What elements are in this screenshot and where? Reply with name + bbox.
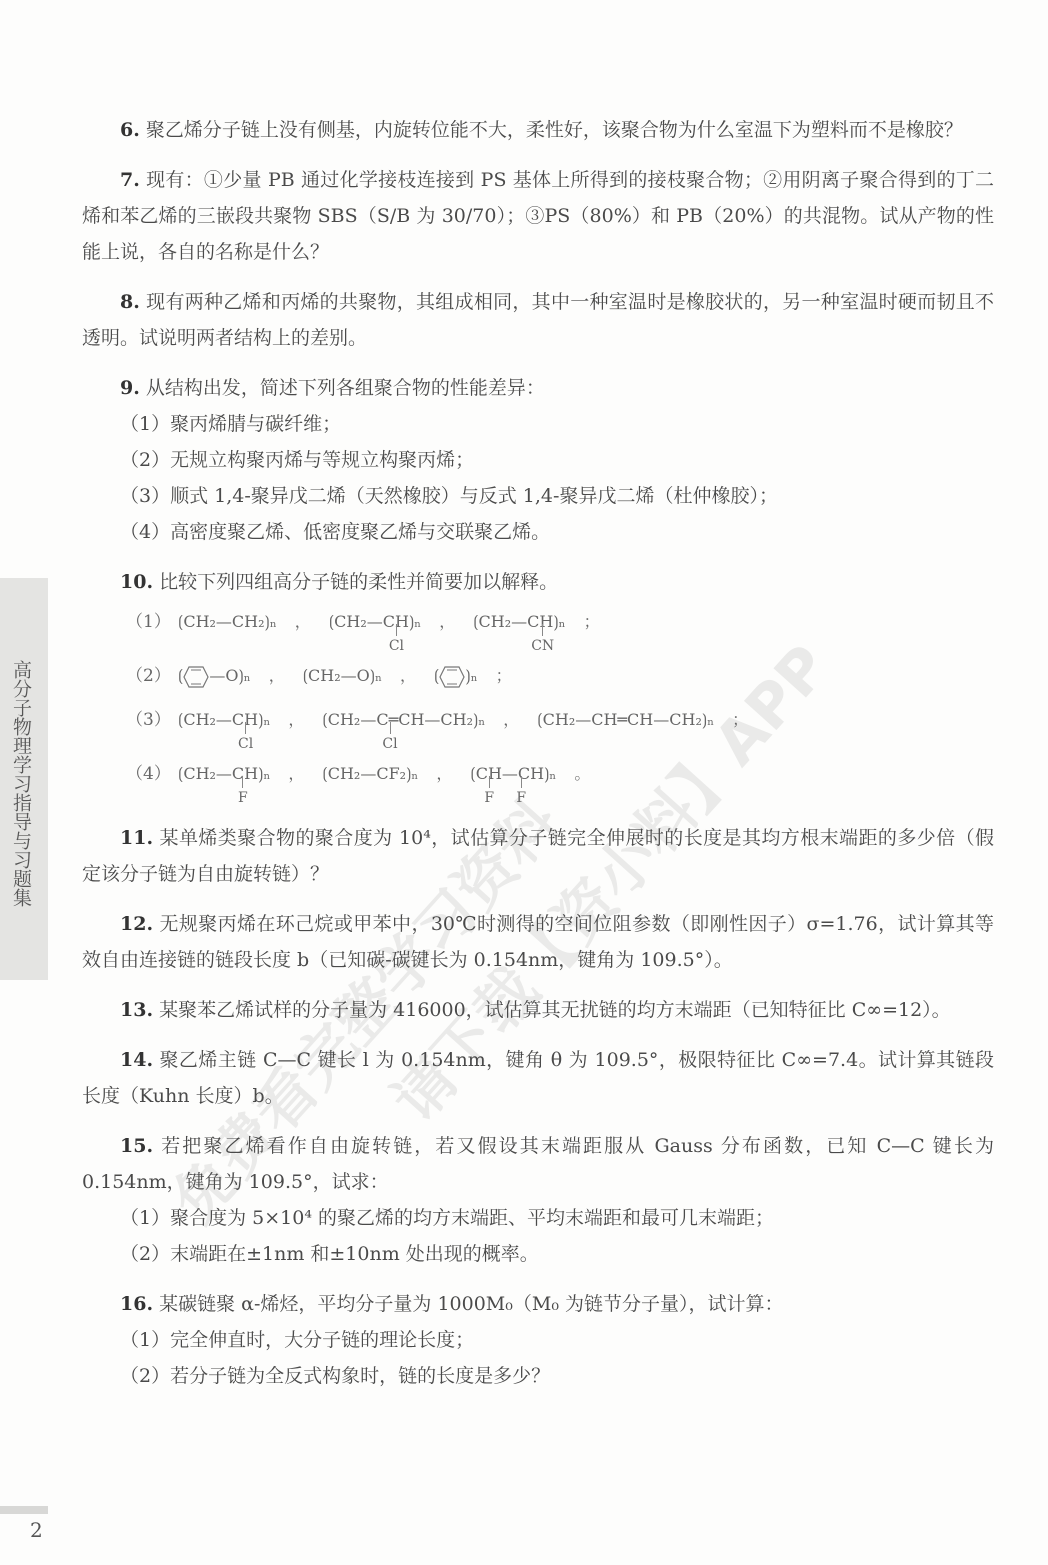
formula-row-1: （1） ⟮CH₂—CH₂⟯ₙ ， ⟮CH₂—CH⟯ₙ Cl ， ⟮CH₂—CH⟯… <box>126 604 994 658</box>
question-text: 某聚苯乙烯试样的分子量为 416000，试估算其无扰链的均方末端距（已知特征比 … <box>159 999 951 1021</box>
question-number: 10. <box>120 571 153 593</box>
question-text: 若把聚乙烯看作自由旋转链，若又假设其末端距服从 Gauss 分布函数，已知 C—… <box>82 1135 994 1193</box>
sub-item: （2）末端距在±1nm 和±10nm 处出现的概率。 <box>82 1236 994 1272</box>
question-16: 16. 某碳链聚 α-烯烃，平均分子量为 1000M₀（M₀ 为链节分子量），试… <box>82 1286 994 1394</box>
question-14: 14. 聚乙烯主链 C—C 键长 l 为 0.154nm，键角 θ 为 109.… <box>82 1042 994 1114</box>
book-title-vertical: 高分子物理学习指导与习题集 <box>8 660 32 907</box>
question-number: 13. <box>120 999 153 1021</box>
page-number: 2 <box>30 1518 43 1542</box>
formula-pvc: ⟮CH₂—CH⟯ₙ Cl <box>329 604 421 640</box>
formula-polyphenylene-oxide: ⟮—O⟯ₙ <box>178 658 251 694</box>
question-number: 14. <box>120 1049 153 1071</box>
sub-item: （1）聚丙烯腈与碳纤维； <box>82 406 994 442</box>
sub-item: （1）聚合度为 5×10⁴ 的聚乙烯的均方末端距、平均末端距和最可几末端距； <box>82 1200 994 1236</box>
question-13: 13. 某聚苯乙烯试样的分子量为 416000，试估算其无扰链的均方末端距（已知… <box>82 992 994 1028</box>
question-7: 7. 现有：①少量 PB 通过化学接枝连接到 PS 基体上所得到的接枝聚合物；②… <box>82 162 994 270</box>
question-6: 6. 聚乙烯分子链上没有侧基，内旋转位能不大，柔性好，该聚合物为什么室温下为塑料… <box>82 112 994 148</box>
question-text: 聚乙烯主链 C—C 键长 l 为 0.154nm，键角 θ 为 109.5°，极… <box>82 1049 994 1107</box>
benzene-ring-icon <box>183 666 209 688</box>
question-11: 11. 某单烯类聚合物的聚合度为 10⁴，试估算分子链完全伸展时的长度是其均方根… <box>82 820 994 892</box>
formula-polyethylene: ⟮CH₂—CH₂⟯ₙ <box>178 604 277 640</box>
formula-label: （3） <box>126 702 178 738</box>
question-number: 16. <box>120 1293 153 1315</box>
document-body: 6. 聚乙烯分子链上没有侧基，内旋转位能不大，柔性好，该聚合物为什么室温下为塑料… <box>82 112 994 1408</box>
question-number: 8. <box>120 291 140 313</box>
question-text: 某单烯类聚合物的聚合度为 10⁴，试估算分子链完全伸展时的长度是其均方根末端距的… <box>82 827 994 885</box>
question-text: 比较下列四组高分子链的柔性并简要加以解释。 <box>159 571 558 593</box>
formula-label: （2） <box>126 658 178 694</box>
formula-polybutadiene: ⟮CH₂—CH═CH—CH₂⟯ₙ <box>537 702 714 738</box>
question-number: 9. <box>120 377 140 399</box>
formula-row-4: （4） ⟮CH₂—CH⟯ₙ F ， ⟮CH₂—CF₂⟯ₙ ， ⟮CH—CH⟯ₙ … <box>126 756 994 810</box>
formula-polyoxymethylene: ⟮CH₂—O⟯ₙ <box>303 658 382 694</box>
question-text: 现有两种乙烯和丙烯的共聚物，其组成相同，其中一种室温时是橡胶状的，另一种室温时硬… <box>82 291 994 349</box>
formula-row-2: （2） ⟮—O⟯ₙ ， ⟮CH₂—O⟯ₙ ， ⟮⟯ₙ ； <box>126 658 994 702</box>
question-number: 12. <box>120 913 153 935</box>
sub-item: （1）完全伸直时，大分子链的理论长度； <box>82 1322 994 1358</box>
sub-item: （2）无规立构聚丙烯与等规立构聚丙烯； <box>82 442 994 478</box>
question-number: 11. <box>120 827 153 849</box>
formula-pvdf: ⟮CH₂—CF₂⟯ₙ <box>322 756 418 792</box>
question-8: 8. 现有两种乙烯和丙烯的共聚物，其组成相同，其中一种室温时是橡胶状的，另一种室… <box>82 284 994 356</box>
question-15: 15. 若把聚乙烯看作自由旋转链，若又假设其末端距服从 Gauss 分布函数，已… <box>82 1128 994 1272</box>
formula-pvc: ⟮CH₂—CH⟯ₙ Cl <box>178 702 270 738</box>
formula-pvf: ⟮CH₂—CH⟯ₙ F <box>178 756 270 792</box>
question-text: 无规聚丙烯在环己烷或甲苯中，30℃时测得的空间位阻参数（即刚性因子）σ=1.76… <box>82 913 994 971</box>
formula-polychloroprene: ⟮CH₂—C═CH—CH₂⟯ₙ Cl <box>322 702 485 738</box>
question-text: 聚乙烯分子链上没有侧基，内旋转位能不大，柔性好，该聚合物为什么室温下为塑料而不是… <box>146 119 963 141</box>
question-9: 9. 从结构出发，简述下列各组聚合物的性能差异： （1）聚丙烯腈与碳纤维； （2… <box>82 370 994 550</box>
formula-label: （4） <box>126 756 178 792</box>
sub-item: （2）若分子链为全反式构象时，链的长度是多少？ <box>82 1358 994 1394</box>
sub-item: （4）高密度聚乙烯、低密度聚乙烯与交联聚乙烯。 <box>82 514 994 550</box>
formula-pan: ⟮CH₂—CH⟯ₙ CN <box>473 604 565 640</box>
question-10: 10. 比较下列四组高分子链的柔性并简要加以解释。 <box>82 564 994 600</box>
question-text: 某碳链聚 α-烯烃，平均分子量为 1000M₀（M₀ 为链节分子量），试计算： <box>159 1293 783 1315</box>
footer-band <box>0 1506 48 1514</box>
formula-row-3: （3） ⟮CH₂—CH⟯ₙ Cl ， ⟮CH₂—C═CH—CH₂⟯ₙ Cl ， … <box>126 702 994 756</box>
formula-polyphenylene: ⟮⟯ₙ <box>434 658 478 694</box>
formula-poly-difluoroethylene: ⟮CH—CH⟯ₙ F F <box>470 756 556 792</box>
question-number: 6. <box>120 119 140 141</box>
question-text: 从结构出发，简述下列各组聚合物的性能差异： <box>146 377 545 399</box>
benzene-ring-icon <box>439 666 465 688</box>
question-number: 15. <box>120 1135 153 1157</box>
sub-item: （3）顺式 1,4-聚异戊二烯（天然橡胶）与反式 1,4-聚异戊二烯（杜仲橡胶）… <box>82 478 994 514</box>
question-12: 12. 无规聚丙烯在环己烷或甲苯中，30℃时测得的空间位阻参数（即刚性因子）σ=… <box>82 906 994 978</box>
question-text: 现有：①少量 PB 通过化学接枝连接到 PS 基体上所得到的接枝聚合物；②用阴离… <box>82 169 994 263</box>
question-number: 7. <box>120 169 140 191</box>
formula-label: （1） <box>126 604 178 640</box>
